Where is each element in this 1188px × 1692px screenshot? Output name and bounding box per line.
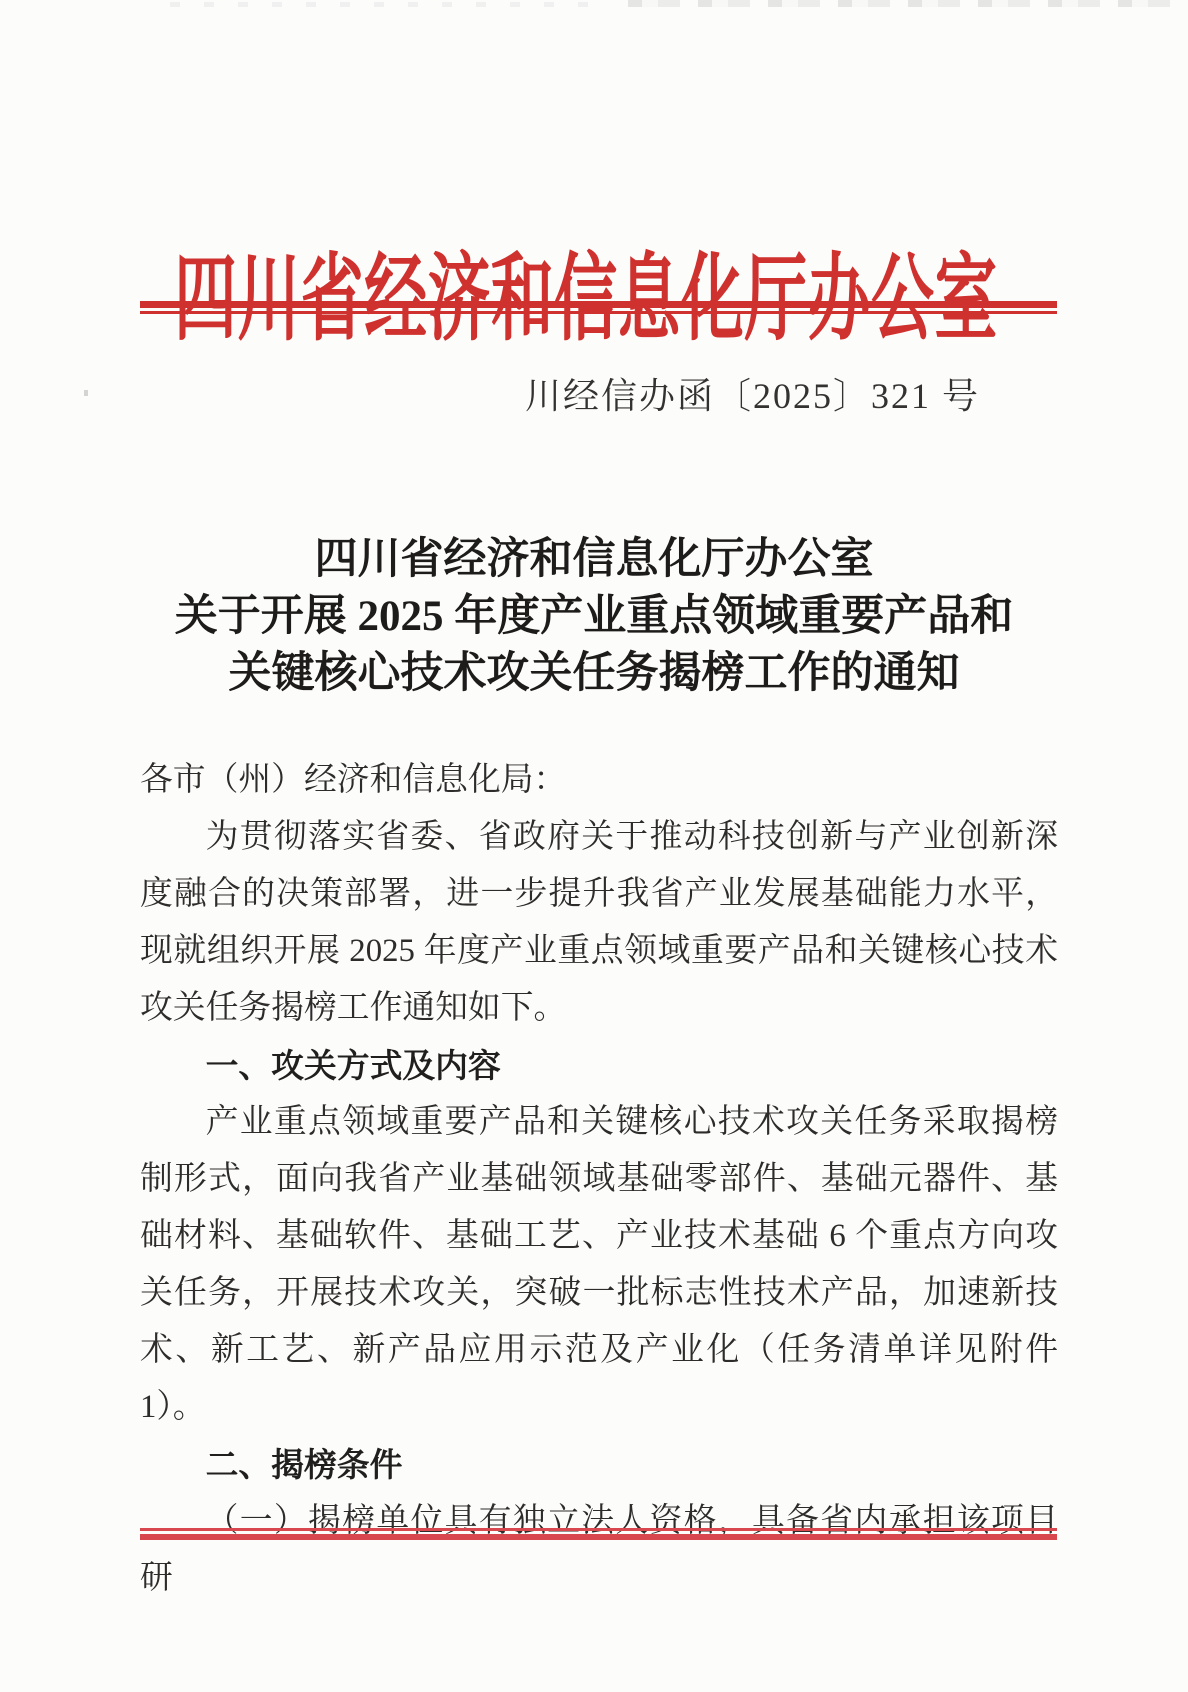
section-2-paragraph: （一）揭榜单位具有独立法人资格，具备省内承担该项目研: [140, 1493, 1058, 1607]
letterhead-org-name-text: 四川省经济和信息化厅办公室: [174, 246, 998, 352]
letterhead-org-name: 四川省经济和信息化厅办公室: [0, 246, 1188, 352]
title-line-3: 关键核心技术攻关任务揭榜工作的通知: [0, 645, 1188, 702]
document-title: 四川省经济和信息化厅办公室 关于开展 2025 年度产业重点领域重要产品和 关键…: [0, 531, 1188, 702]
rule-thick-bar: [140, 301, 1057, 308]
section-2-heading: 二、揭榜条件: [140, 1436, 1058, 1493]
document-page: 四川省经济和信息化厅办公室 川经信办函〔2025〕321 号 四川省经济和信息化…: [0, 0, 1188, 1692]
letterhead-double-rule: [140, 301, 1057, 314]
intro-paragraph: 为贯彻落实省委、省政府关于推动科技创新与产业创新深度融合的决策部署，进一步提升我…: [140, 809, 1058, 1037]
rule-thin-bar: [140, 311, 1057, 314]
rule-thick-bar: [140, 1534, 1057, 1540]
document-body: 各市（州）经济和信息化局： 为贯彻落实省委、省政府关于推动科技创新与产业创新深度…: [140, 752, 1058, 1607]
scan-artifact: [170, 2, 590, 7]
scan-artifact: [628, 0, 1188, 7]
section-1-paragraph: 产业重点领域重要产品和关键核心技术攻关任务采取揭榜制形式，面向我省产业基础领域基…: [140, 1094, 1058, 1436]
footer-double-rule: [140, 1528, 1057, 1540]
doc-reference-number: 川经信办函〔2025〕321 号: [0, 374, 1188, 418]
title-line-2: 关于开展 2025 年度产业重点领域重要产品和: [0, 588, 1188, 645]
salutation: 各市（州）经济和信息化局：: [140, 752, 1058, 809]
section-1-heading: 一、攻关方式及内容: [140, 1037, 1058, 1094]
title-line-1: 四川省经济和信息化厅办公室: [0, 531, 1188, 588]
